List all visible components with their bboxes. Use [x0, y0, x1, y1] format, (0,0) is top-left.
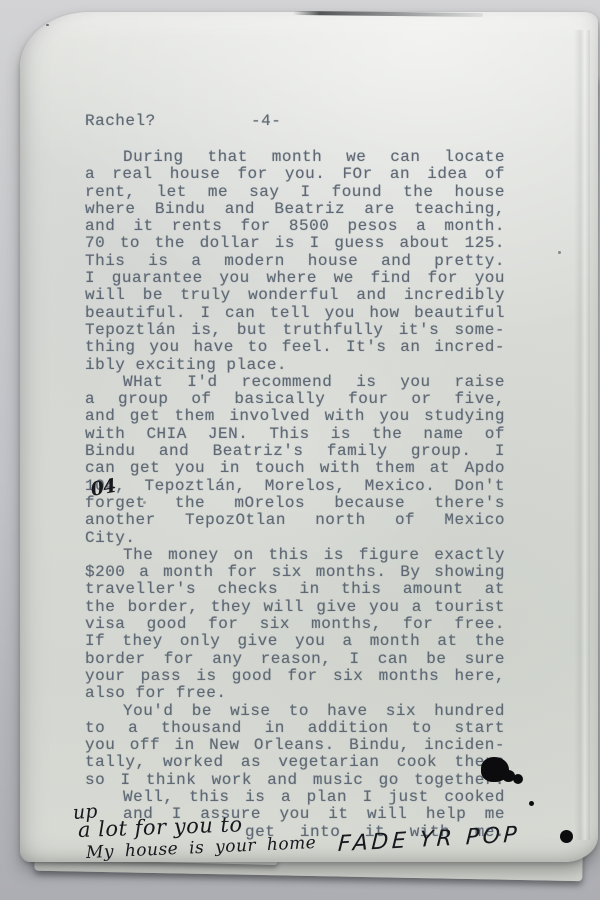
- typed-line: 70 to the dollar is I guess about 125.: [85, 235, 505, 252]
- typed-line: City.: [85, 530, 505, 547]
- typed-line: You'd be wise to have six hundred: [85, 703, 505, 720]
- typed-line: a real house for you. FOr an idea of: [85, 166, 505, 183]
- typed-line: I guarantee you where we find for you: [85, 270, 505, 287]
- typed-line: can get you in touch with them at Apdo: [85, 460, 505, 477]
- page-number: -4-: [251, 112, 281, 130]
- typed-line: and it rents for 8500 pesos a month.: [85, 218, 505, 235]
- typed-line: to a thousand in addition to start: [85, 720, 505, 737]
- typed-line: tally, worked as vegetarian cook there: [85, 754, 505, 771]
- typed-line: If they only give you a month at the: [85, 633, 505, 650]
- handwritten-apdo-correction: 04: [89, 475, 117, 501]
- letter-body: During that month we can locatea real ho…: [85, 149, 505, 841]
- addressee: Rachel?: [85, 112, 156, 130]
- paper-crease: [574, 30, 590, 840]
- typed-line: so I think work and music go together.: [85, 772, 505, 789]
- typed-line: the border, they will give you a tourist: [85, 599, 505, 616]
- typed-line: Bindu and Beatriz's family group. I: [85, 443, 505, 460]
- typed-line: another TepozOtlan north of Mexico: [85, 512, 505, 529]
- typed-line: Well, this is a plan I just cooked: [85, 789, 505, 806]
- typed-line: 104, Tepoztlán, Morelos, Mexico. Don't: [85, 478, 505, 495]
- typed-line: also for free.: [85, 685, 505, 702]
- typed-line: forget the mOrelos because there's: [85, 495, 505, 512]
- typed-line: The money on this is figure exactly: [85, 547, 505, 564]
- paper-speck: [46, 24, 49, 26]
- photo-of-letter: Rachel? -4- During that month we can loc…: [0, 0, 600, 900]
- typed-line: beautiful. I can tell you how beautiful: [85, 305, 505, 322]
- typed-line: border for any reason, I can be sure: [85, 651, 505, 668]
- typed-line: a group of basically four or five,: [85, 391, 505, 408]
- page-header: Rachel? -4-: [85, 112, 505, 132]
- typed-line: visa good for six months, for free.: [85, 616, 505, 633]
- typed-line: you off in New Orleans. Bindu, inciden-: [85, 737, 505, 754]
- typed-line: Tepoztlán is, but truthfully it's some-: [85, 322, 505, 339]
- typed-line: ibly exciting place.: [85, 357, 505, 374]
- ink-blot-medium: [513, 774, 523, 784]
- typed-line: your pass is good for six months here,: [85, 668, 505, 685]
- typed-line: and get them involved with you studying: [85, 408, 505, 425]
- typed-line: where Bindu and Beatriz are teaching,: [85, 201, 505, 218]
- typed-line: traveller's checks in this amount at: [85, 581, 505, 598]
- typed-line: WHat I'd recommend is you raise: [85, 374, 505, 391]
- ink-blot-small: [529, 801, 534, 806]
- typed-line: This is a modern house and pretty.: [85, 253, 505, 270]
- typed-line: thing you have to feel. It's an incred-: [85, 339, 505, 356]
- typed-line: During that month we can locate: [85, 149, 505, 166]
- typed-line: $200 a month for six months. By showing: [85, 564, 505, 581]
- typed-line: with CHIA JEN. This is the name of: [85, 426, 505, 443]
- typed-line: will be truly wonderful and incredibly: [85, 287, 505, 304]
- paper-speck: [558, 251, 561, 254]
- typed-line: rent, let me say I found the house: [85, 184, 505, 201]
- ink-blot-dot: [560, 830, 573, 843]
